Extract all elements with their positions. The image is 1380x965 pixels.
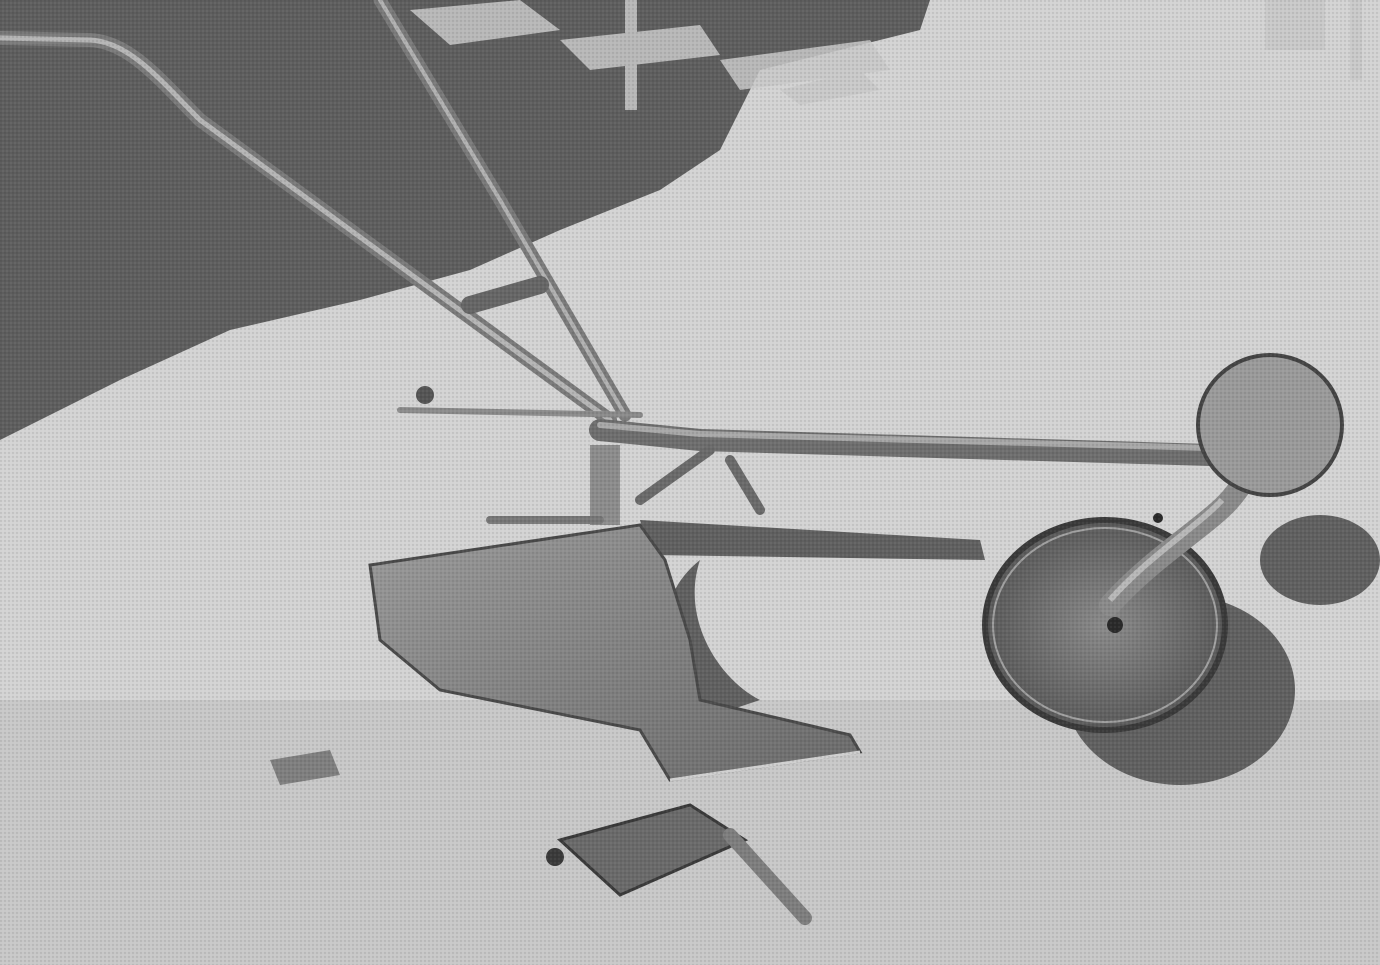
photograph xyxy=(0,0,1380,965)
plough-photo-illustration xyxy=(0,0,1380,965)
